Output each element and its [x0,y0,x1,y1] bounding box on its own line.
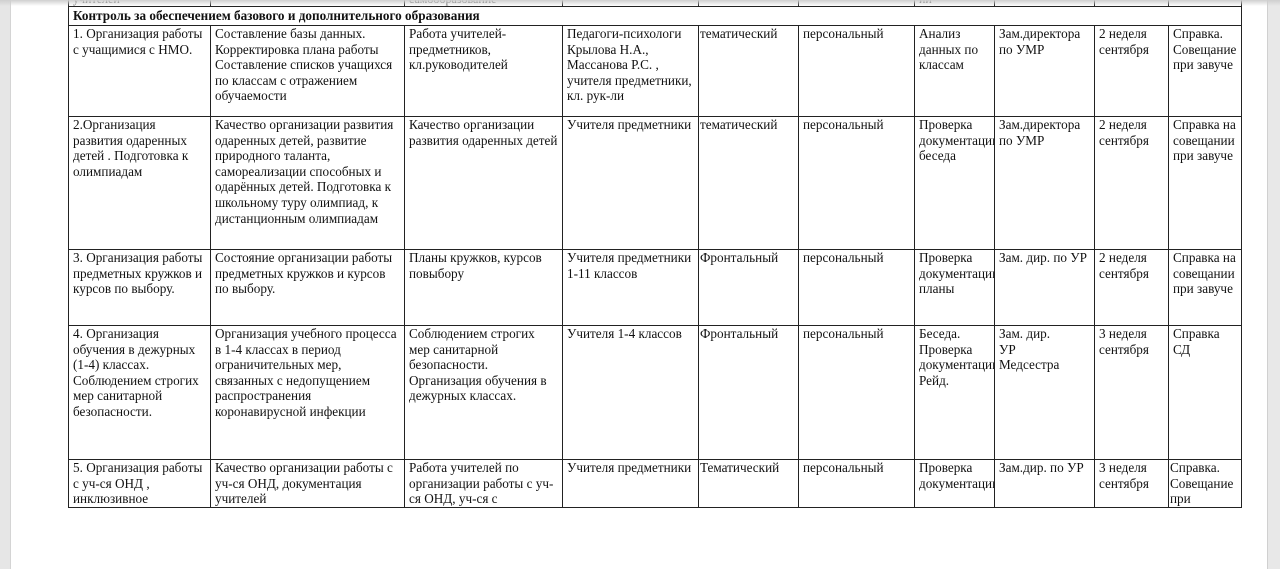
cell-deadline: 2 неделя сентября [1095,117,1169,250]
cell-methods: Беседа. Проверка документации. Рейд. [915,326,995,460]
cell-control-form: персональный [799,26,915,117]
cell-result: Справка на совещании при завуче [1169,250,1242,326]
cell-control-form: персональный [799,117,915,250]
cell-content: Состояние организации работы предметных … [211,250,405,326]
cell-control-type: Фронтальный [699,326,799,460]
cell-object: Работа учителей по организации работы с … [405,460,563,508]
cell-topic: 1. Организация работы с учащимися с НМО. [69,26,211,117]
cell-participants: Учителя предметники 1-11 классов [563,250,699,326]
cell-content: Качество организации развития одаренных … [211,117,405,250]
cell-methods: Проверка документации. [915,460,995,508]
cell-responsible: Зам.директора по УМР [995,26,1095,117]
cell-object: Качество организации развития одаренных … [405,117,563,250]
cell-object: Соблюдением строгих мер санитарной безоп… [405,326,563,460]
cell-control-type: тематический [699,117,799,250]
cell-topic: 3. Организация работы предметных кружков… [69,250,211,326]
cell-object: Планы кружков, курсов повыбору [405,250,563,326]
cell-control-type: Фронтальный [699,250,799,326]
cell-topic: 4. Организация обучения в дежурных (1-4)… [69,326,211,460]
cell-methods: Анализ данных по классам [915,26,995,117]
control-plan-table: учителей самообразование ии Контроль за … [68,0,1242,508]
cell-content: Составление базы данных. Корректировка п… [211,26,405,117]
left-margin-gutter [0,0,11,569]
cell-control-form: персональный [799,460,915,508]
cell-result: Справка СД [1169,326,1242,460]
cell-participants: Учителя предметники [563,117,699,250]
cell-participants: Учителя предметники [563,460,699,508]
cell-control-form: персональный [799,250,915,326]
cell-control-form: персональный [799,326,915,460]
cell-participants: Учителя 1-4 классов [563,326,699,460]
cell-topic: 5. Организация работы с уч-ся ОНД , инкл… [69,460,211,508]
section-heading-row: Контроль за обеспечением базового и допо… [69,7,1242,26]
cell-object: Работа учителей-предметников, кл.руковод… [405,26,563,117]
table-row: 4. Организация обучения в дежурных (1-4)… [69,326,1242,460]
section-heading: Контроль за обеспечением базового и допо… [69,7,1242,26]
cell-responsible: Зам. дир. УР Медсестра [995,326,1095,460]
cell-deadline: 3 неделя сентября [1095,326,1169,460]
cell-participants: Педагоги-психологи Крылова Н.А., Массано… [563,26,699,117]
cell-deadline: 2 неделя сентября [1095,26,1169,117]
cell-content: Организация учебного процесса в 1-4 клас… [211,326,405,460]
cell-result: Справка. Совещание при завуче [1169,26,1242,117]
cell-result: Справка на совещании при завуче [1169,117,1242,250]
cell-methods: Проверка документации- планы [915,250,995,326]
table-row: 1. Организация работы с учащимися с НМО.… [69,26,1242,117]
vertical-scrollbar-track[interactable] [1267,0,1280,569]
cell-deadline: 3 неделя сентября [1095,460,1169,508]
cell-control-type: Тематический [699,460,799,508]
table-row: 2.Организация развития одаренных детей .… [69,117,1242,250]
table-row: 5. Организация работы с уч-ся ОНД , инкл… [69,460,1242,508]
cell-methods: Проверка документации, беседа [915,117,995,250]
table-row: 3. Организация работы предметных кружков… [69,250,1242,326]
cell-responsible: Зам.дир. по УР [995,460,1095,508]
cell-responsible: Зам. дир. по УР [995,250,1095,326]
cell-control-type: тематический [699,26,799,117]
cell-deadline: 2 неделя сентября [1095,250,1169,326]
cell-topic: 2.Организация развития одаренных детей .… [69,117,211,250]
cell-responsible: Зам.директора по УМР [995,117,1095,250]
cell-result: Справка. Совещание при [1169,460,1242,508]
cell-content: Качество организации работы с уч-ся ОНД,… [211,460,405,508]
